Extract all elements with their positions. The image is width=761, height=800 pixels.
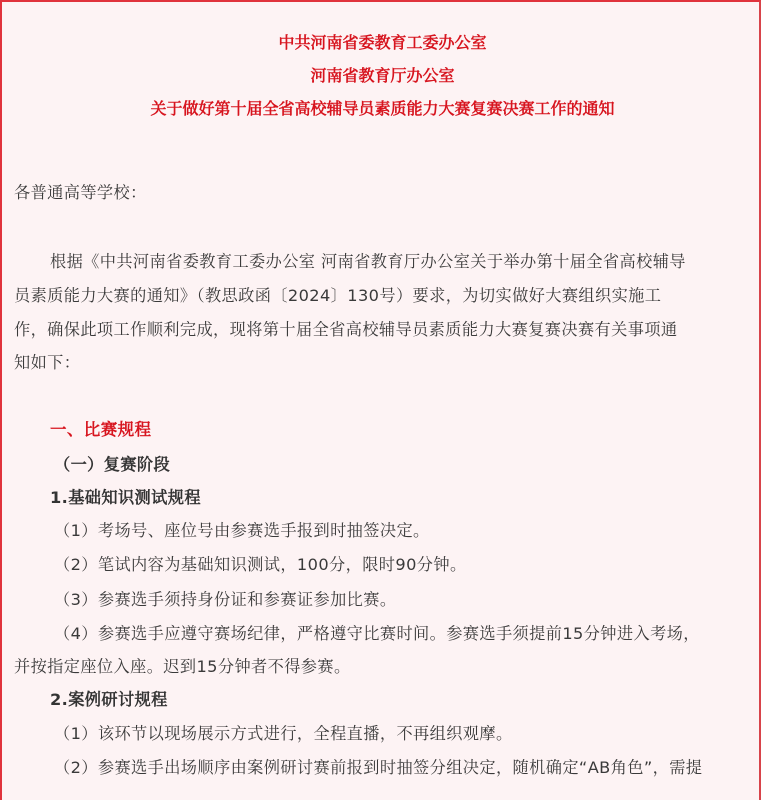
part-heading-knowledge-test: 1.基础知识测试规程 <box>50 488 761 508</box>
subsection-heading-semifinal: （一）复赛阶段 <box>54 455 761 475</box>
rule-item-1-3: （3）参赛选手须持身份证和参赛证参加比赛。 <box>54 590 761 610</box>
rule-item-1-2: （2）笔试内容为基础知识测试，100分，限时90分钟。 <box>54 555 761 575</box>
section-heading-rules: 一、比赛规程 <box>50 420 761 440</box>
intro-line-2: 员素质能力大赛的通知》（教思政函〔2024〕130号）要求，为切实做好大赛组织实… <box>14 286 754 306</box>
issuer-title-2: 河南省教育厅办公室 <box>2 66 761 86</box>
notice-title: 关于做好第十届全省高校辅导员素质能力大赛复赛决赛工作的通知 <box>2 99 761 119</box>
rule-item-1-4-continuation: 并按指定座位入座。迟到15分钟者不得参赛。 <box>14 657 754 677</box>
rule-item-1-1: （1）考场号、座位号由参赛选手报到时抽签决定。 <box>54 521 761 541</box>
intro-line-1: 根据《中共河南省委教育工委办公室 河南省教育厅办公室关于举办第十届全省高校辅导 <box>50 252 761 272</box>
intro-line-3: 作，确保此项工作顺利完成，现将第十届全省高校辅导员素质能力大赛复赛决赛有关事项通 <box>14 320 754 340</box>
issuer-title-1: 中共河南省委教育工委办公室 <box>2 33 761 53</box>
rule-item-2-2: （2）参赛选手出场顺序由案例研讨赛前报到时抽签分组决定，随机确定“AB角色”，需… <box>54 758 761 778</box>
intro-line-4: 知如下： <box>14 353 754 373</box>
notice-document: 中共河南省委教育工委办公室 河南省教育厅办公室 关于做好第十届全省高校辅导员素质… <box>0 0 761 784</box>
rule-item-1-4: （4）参赛选手应遵守赛场纪律，严格遵守比赛时间。参赛选手须提前15分钟进入考场， <box>54 624 761 644</box>
rule-item-2-1: （1）该环节以现场展示方式进行，全程直播，不再组织观摩。 <box>54 724 761 744</box>
part-heading-case-study: 2.案例研讨规程 <box>50 690 761 710</box>
salutation: 各普通高等学校： <box>14 183 754 203</box>
